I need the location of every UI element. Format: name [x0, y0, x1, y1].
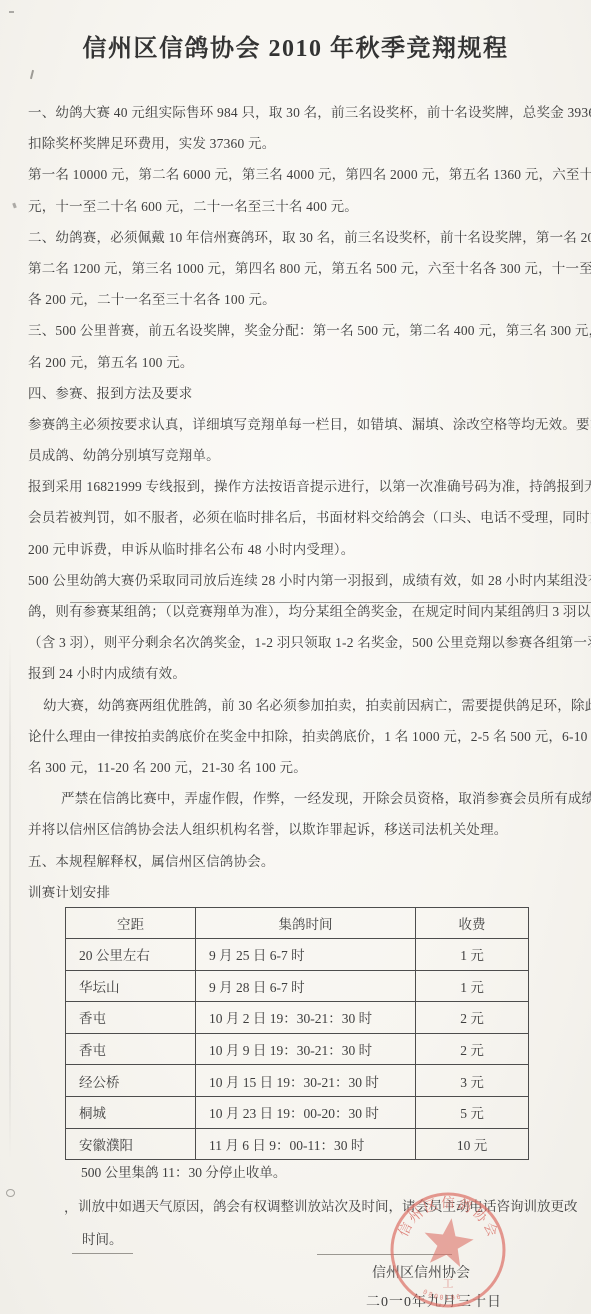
text-line: 200 元申诉费，申诉从临时排名公布 48 小时内受理）。 [28, 534, 567, 565]
scan-artifact-line [70, 602, 591, 603]
schedule-row: 香屯 10 月 2 日 19：30-21：30 时 2 元 [66, 1002, 529, 1034]
scan-speck [9, 11, 14, 13]
text-line: 报到采用 16821999 专线报到，操作方法按语音提示进行，以第一次准确号码为… [28, 471, 567, 502]
text-line: 严禁在信鸽比赛中，弄虚作假，作弊，一经发现，开除会员资格，取消参赛会员所有成绩。 [28, 783, 567, 814]
text-line: 名 200 元，第五名 100 元。 [28, 347, 567, 378]
text-line: 第二名 1200 元，第三名 1000 元，第四名 800 元，第五名 500 … [28, 253, 567, 284]
text-line: 名 300 元，11-20 名 200 元，21-30 名 100 元。 [28, 752, 567, 783]
schedule-row: 香屯 10 月 9 日 19：30-21：30 时 2 元 [66, 1033, 529, 1065]
schedule-row: 华坛山 9 月 28 日 6-7 时 1 元 [66, 970, 529, 1002]
schedule-cell-fee: 5 元 [416, 1096, 529, 1128]
text-line: 员成鸽、幼鸽分别填写竞翔单。 [28, 440, 567, 471]
text-line: 扣除奖杯奖牌足环费用，实发 37360 元。 [28, 128, 567, 159]
schedule-cell-fee: 2 元 [416, 1002, 529, 1034]
schedule-cell-distance: 安徽濮阳 [66, 1128, 196, 1160]
schedule-row: 安徽濮阳 11 月 6 日 9：00-11：30 时 10 元 [66, 1128, 529, 1160]
text-line: 五、本规程解释权，属信州区信鸽协会。 [28, 846, 567, 877]
schedule-row: 桐城 10 月 23 日 19：00-20：30 时 5 元 [66, 1096, 529, 1128]
schedule-header-fee: 收费 [416, 908, 529, 939]
schedule-cell-distance: 香屯 [66, 1002, 196, 1034]
text-line: 一、幼鸽大赛 40 元组实际售环 984 只，取 30 名，前三名设奖杯，前十名… [28, 97, 567, 128]
schedule-row: 20 公里左右 9 月 25 日 6-7 时 1 元 [66, 939, 529, 971]
schedule-cell-time: 9 月 25 日 6-7 时 [196, 939, 416, 971]
schedule-cell-time: 10 月 2 日 19：30-21：30 时 [196, 1002, 416, 1034]
text-line: 各 200 元，二十一名至三十名各 100 元。 [28, 284, 567, 315]
document-body: 一、幼鸽大赛 40 元组实际售环 984 只，取 30 名，前三名设奖杯，前十名… [28, 97, 567, 908]
scanned-document-page: 信州区信鸽协会 2010 年秋季竞翔规程 一、幼鸽大赛 40 元组实际售环 98… [0, 0, 591, 1314]
scan-ring-artifact [6, 1189, 15, 1197]
schedule-cell-time: 10 月 9 日 19：30-21：30 时 [196, 1033, 416, 1065]
text-line: 二、幼鸽赛，必须佩戴 10 年信州赛鸽环，取 30 名，前三名设奖杯，前十名设奖… [28, 222, 567, 253]
stray-comma-mark: ， [64, 1196, 78, 1216]
scan-speck [30, 70, 34, 79]
text-line: 论什么理由一律按拍卖鸽底价在奖金中扣除，拍卖鸽底价，1 名 1000 元，2-5… [28, 721, 567, 752]
schedule-cell-distance: 经公桥 [66, 1065, 196, 1097]
text-line: 500 公里幼鸽大赛仍采取同司放后连续 28 小时内第一羽报到，成绩有效，如 2… [28, 565, 567, 596]
schedule-cell-distance: 20 公里左右 [66, 939, 196, 971]
document-title: 信州区信鸽协会 2010 年秋季竞翔规程 [0, 28, 591, 63]
footer-note-deadline: 500 公里集鸽 11：30 分停止收单。 [81, 1162, 286, 1184]
schedule-header-distance: 空距 [66, 908, 196, 939]
text-line: 三、500 公里普赛，前五名设奖牌，奖金分配：第一名 500 元，第二名 400… [28, 315, 567, 346]
schedule-body: 20 公里左右 9 月 25 日 6-7 时 1 元 华坛山 9 月 28 日 … [66, 939, 529, 1160]
schedule-cell-fee: 10 元 [416, 1128, 529, 1160]
footer-note-weather-cont: 时间。 [82, 1229, 123, 1251]
scan-edge-shadow [9, 640, 11, 1160]
schedule-header-row: 空距 集鸽时间 收费 [66, 908, 529, 939]
text-line: （含 3 羽），则平分剩余名次鸽奖金，1-2 羽只领取 1-2 名奖金，500 … [28, 627, 567, 658]
schedule-row: 经公桥 10 月 15 日 19：30-21：30 时 3 元 [66, 1065, 529, 1097]
scan-speck [12, 203, 17, 209]
text-line: 参赛鸽主必须按要求认真，详细填写竞翔单每一栏目，如错填、漏填、涂改空格等均无效。… [28, 409, 567, 440]
text-line: 四、参赛、报到方法及要求 [28, 378, 567, 409]
text-line: 鸽，则有参赛某组鸽；（以竞赛翔单为准），均分某组全鸽奖金，在规定时间内某组鸽归 … [28, 596, 567, 627]
seal-star-icon [425, 1218, 474, 1267]
signature-org: 信州区信州协会 [372, 1262, 470, 1282]
schedule-cell-distance: 桐城 [66, 1096, 196, 1128]
signature-date: 二0一0年九月三十日 [366, 1291, 502, 1311]
text-line: 报到 24 小时内成绩有效。 [28, 658, 567, 689]
schedule-header-time: 集鸽时间 [196, 908, 416, 939]
schedule-cell-time: 9 月 28 日 6-7 时 [196, 970, 416, 1002]
schedule-cell-fee: 1 元 [416, 939, 529, 971]
schedule-cell-distance: 香屯 [66, 1033, 196, 1065]
schedule-cell-fee: 1 元 [416, 970, 529, 1002]
text-line: 并将以信州区信鸽协会法人组织机构名誉，以欺诈罪起诉，移送司法机关处理。 [28, 814, 567, 845]
schedule-cell-distance: 华坛山 [66, 970, 196, 1002]
schedule-cell-time: 11 月 6 日 9：00-11：30 时 [196, 1128, 416, 1160]
schedule-cell-fee: 2 元 [416, 1033, 529, 1065]
text-line: 训赛计划安排 [28, 877, 567, 908]
training-schedule-table: 空距 集鸽时间 收费 20 公里左右 9 月 25 日 6-7 时 1 元 华坛… [65, 907, 529, 1160]
schedule-cell-time: 10 月 15 日 19：30-21：30 时 [196, 1065, 416, 1097]
schedule-cell-time: 10 月 23 日 19：00-20：30 时 [196, 1096, 416, 1128]
footer-note-weather: 训放中如遇天气原因，鸽会有权调整训放站次及时间，请会员主动电话咨询训放更改 [78, 1196, 578, 1218]
text-line: 会员若被判罚，如不服者，必须在临时排名后，书面材料交给鸽会（口头、电话不受理，同… [28, 502, 567, 533]
signature-rule-left [72, 1253, 133, 1254]
text-line: 幼大赛，幼鸽赛两组优胜鸽，前 30 名必须参加拍卖，拍卖前因病亡，需要提供鸽足环… [28, 690, 567, 721]
text-line: 元，十一至二十名 600 元，二十一名至三十名 400 元。 [28, 191, 567, 222]
schedule-cell-fee: 3 元 [416, 1065, 529, 1097]
text-line: 第一名 10000 元，第二名 6000 元，第三名 4000 元，第四名 20… [28, 159, 567, 190]
signature-rule-right [317, 1254, 452, 1255]
